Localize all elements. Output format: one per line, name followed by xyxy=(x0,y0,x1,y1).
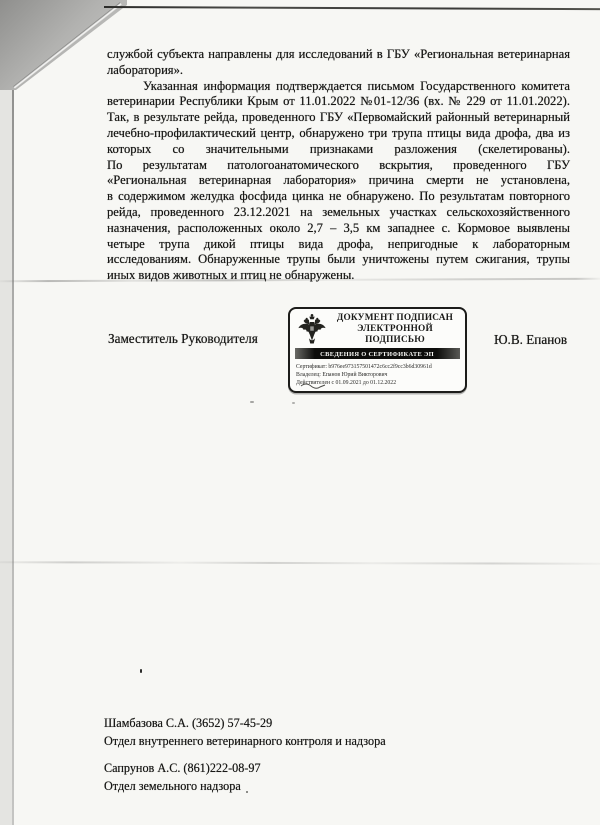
footer-contact-block-1: Шамбазова С.А. (3652) 57-45-29 Отдел вну… xyxy=(104,715,386,750)
body-line: «Региональная ветеринарная лаборатория» … xyxy=(107,173,570,189)
scanned-document-page: службой субъекта направлены для исследов… xyxy=(0,0,600,825)
signer-name: Ю.В. Епанов xyxy=(494,332,567,348)
paper-left-edge-line xyxy=(12,84,14,825)
electronic-signature-stamp: ДОКУМЕНТ ПОДПИСАН ЭЛЕКТРОННОЙ ПОДПИСЬЮ С… xyxy=(288,307,467,393)
letter-body-text: службой субъекта направлены для исследов… xyxy=(107,47,570,284)
body-line: четыре трупа дикой птицы вида дрофа, неп… xyxy=(107,237,570,253)
stamp-header: ДОКУМЕНТ ПОДПИСАН ЭЛЕКТРОННОЙ ПОДПИСЬЮ xyxy=(290,309,465,347)
body-line: службой субъекта направлены для исследов… xyxy=(107,47,570,63)
body-line: лаборатория». xyxy=(107,63,570,79)
contact-department: Отдел внутреннего ветеринарного контроля… xyxy=(104,733,386,751)
footer-contact-block-2: Сапрунов А.С. (861)222-08-97 Отдел земел… xyxy=(104,760,261,795)
scan-speck xyxy=(292,402,295,404)
body-line: рейда, проведенного 23.12.2021 на земель… xyxy=(107,205,570,221)
certificate-info-bar-label: СВЕДЕНИЯ О СЕРТИФИКАТЕ ЭП xyxy=(321,350,435,357)
body-line: иных видов животных и птиц не обнаружены… xyxy=(107,268,570,284)
body-line: лечебно-профилактический центр, обнаруже… xyxy=(107,126,570,142)
russian-coat-of-arms-icon xyxy=(297,313,327,345)
stamp-title-line2: ЭЛЕКТРОННОЙ ПОДПИСЬЮ xyxy=(332,324,458,346)
scan-speck xyxy=(140,669,142,673)
body-line: в содержимом желудка фосфида цинка не об… xyxy=(107,189,570,205)
body-line: По результатам патологоанатомического вс… xyxy=(107,158,570,174)
paper-top-edge-line xyxy=(104,6,600,11)
fold-crease-lower xyxy=(0,561,600,565)
body-line: назначения, расположенных около 2,7 – 3,… xyxy=(107,221,570,237)
signer-job-title: Заместитель Руководителя xyxy=(108,331,258,347)
body-line: которых со значительными признаками разл… xyxy=(107,142,570,158)
certificate-info-bar: СВЕДЕНИЯ О СЕРТИФИКАТЕ ЭП xyxy=(295,348,460,359)
contact-name-phone: Сапрунов А.С. (861)222-08-97 xyxy=(104,760,261,778)
stamp-title: ДОКУМЕНТ ПОДПИСАН ЭЛЕКТРОННОЙ ПОДПИСЬЮ xyxy=(332,313,458,345)
stamp-ink-squiggle xyxy=(300,382,326,389)
body-line: Так, в результате рейда, проведенного ГБ… xyxy=(107,110,570,126)
certificate-number: Сертификат: b976ee973157501472c6cc2f9cc3… xyxy=(296,362,404,367)
certificate-owner: Владелец: Епанов Юрий Викторович xyxy=(296,370,404,375)
contact-name-phone: Шамбазова С.А. (3652) 57-45-29 xyxy=(104,715,386,733)
stamp-title-line1: ДОКУМЕНТ ПОДПИСАН xyxy=(332,313,458,324)
body-line: Указанная информация подтверждается пись… xyxy=(107,79,570,95)
body-line: ветеринарии Республики Крым от 11.01.202… xyxy=(107,94,570,110)
contact-department: Отдел земельного надзора xyxy=(104,778,261,796)
body-line: исследованиям. Обнаруженные трупы были у… xyxy=(107,252,570,268)
scan-speck xyxy=(250,401,254,403)
